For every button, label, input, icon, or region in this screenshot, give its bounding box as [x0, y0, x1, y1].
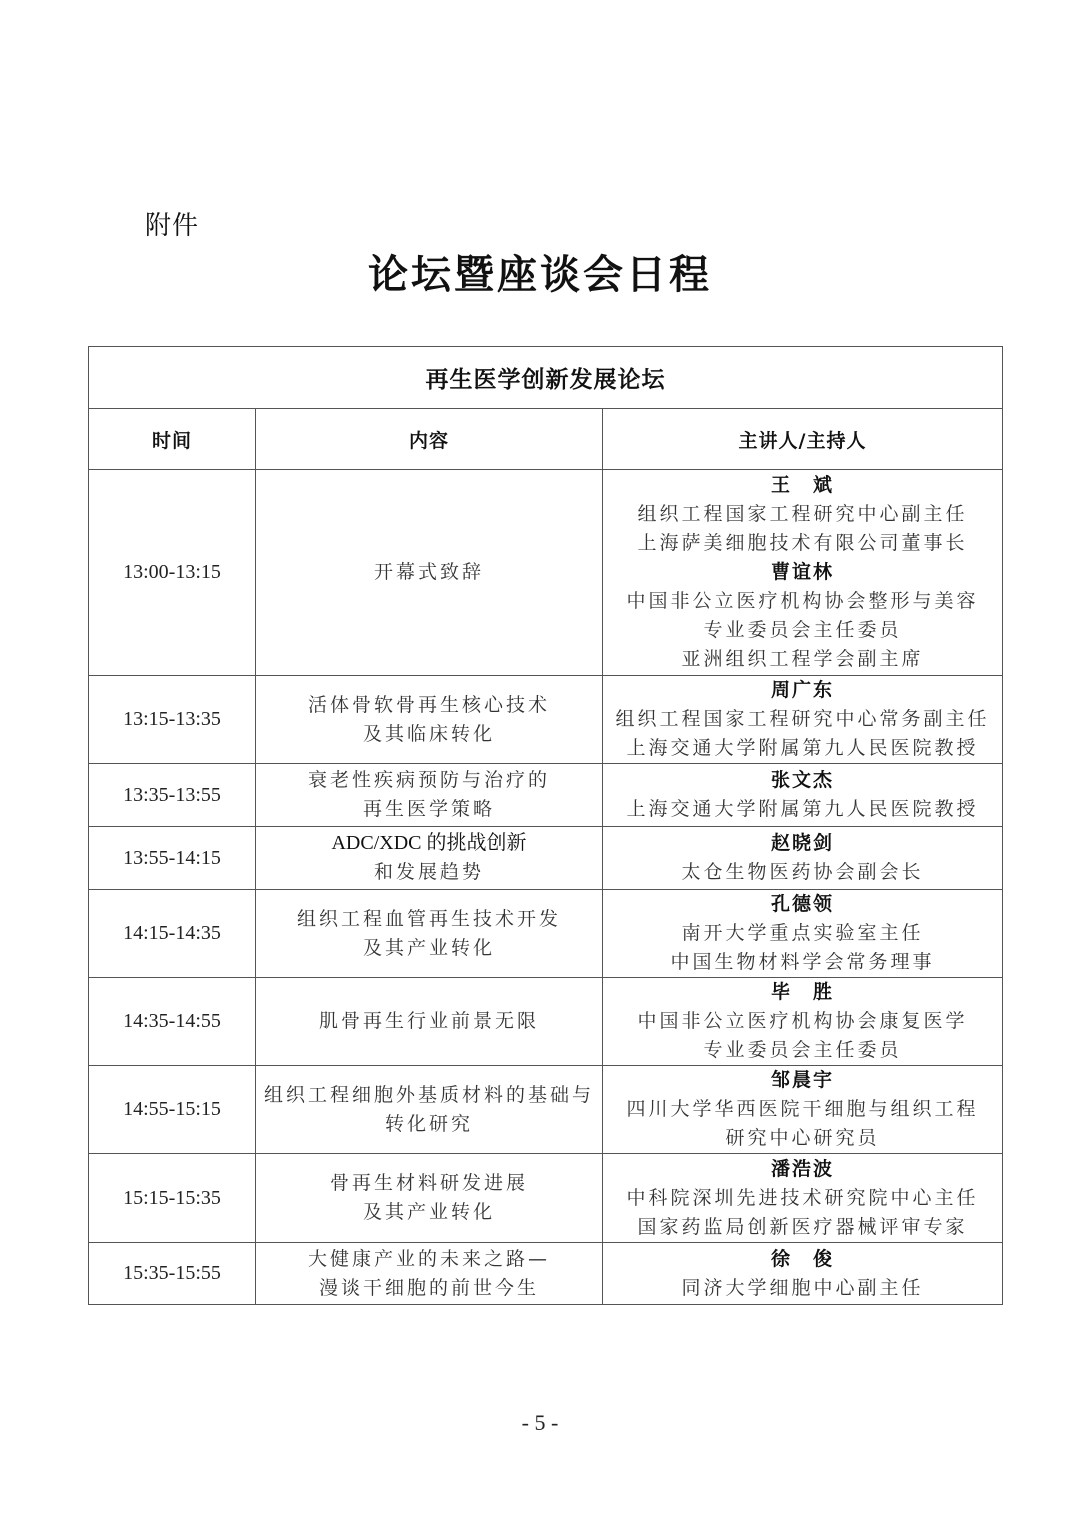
header-speaker: 主讲人/主持人 — [603, 409, 1003, 470]
speaker-cell: 毕 胜 中国非公立医疗机构协会康复医学 专业委员会主任委员 — [603, 978, 1003, 1066]
speaker-title: 研究中心研究员 — [603, 1124, 1002, 1153]
time-cell: 15:15-15:35 — [89, 1154, 256, 1243]
speaker-cell: 赵晓剑 太仓生物医药协会副会长 — [603, 827, 1003, 890]
time-cell: 13:35-13:55 — [89, 764, 256, 827]
table-row: 13:00-13:15 开幕式致辞 王 斌 组织工程国家工程研究中心副主任 上海… — [89, 470, 1003, 676]
speaker-title: 同济大学细胞中心副主任 — [603, 1274, 1002, 1303]
content-line: 活体骨软骨再生核心技术 — [256, 691, 602, 720]
content-line: 和发展趋势 — [256, 858, 602, 887]
content-cell: 活体骨软骨再生核心技术 及其临床转化 — [256, 676, 603, 764]
content-cell: 组织工程细胞外基质材料的基础与 转化研究 — [256, 1066, 603, 1154]
speaker-name: 孔德领 — [603, 890, 1002, 919]
page-title: 论坛暨座谈会日程 — [0, 243, 1080, 300]
content-cell: 开幕式致辞 — [256, 470, 603, 676]
content-cell: ADC/XDC 的挑战创新 和发展趋势 — [256, 827, 603, 890]
time-cell: 14:15-14:35 — [89, 890, 256, 978]
content-line: 组织工程细胞外基质材料的基础与 — [256, 1081, 602, 1110]
table-row: 13:55-14:15 ADC/XDC 的挑战创新 和发展趋势 赵晓剑 太仓生物… — [89, 827, 1003, 890]
content-line: ADC/XDC 的挑战创新 — [256, 829, 602, 858]
speaker-name: 邹晨宇 — [603, 1066, 1002, 1095]
speaker-title: 上海交通大学附属第九人民医院教授 — [603, 734, 1002, 763]
content-line: 漫谈干细胞的前世今生 — [256, 1274, 602, 1303]
content-line: 大健康产业的未来之路— — [256, 1245, 602, 1274]
forum-title-row: 再生医学创新发展论坛 — [89, 347, 1003, 409]
speaker-title: 上海交通大学附属第九人民医院教授 — [603, 795, 1002, 824]
content-cell: 衰老性疾病预防与治疗的 再生医学策略 — [256, 764, 603, 827]
header-content: 内容 — [256, 409, 603, 470]
speaker-title: 四川大学华西医院干细胞与组织工程 — [603, 1095, 1002, 1124]
header-row: 时间 内容 主讲人/主持人 — [89, 409, 1003, 470]
speaker-name: 周广东 — [603, 676, 1002, 705]
table-row: 14:15-14:35 组织工程血管再生技术开发 及其产业转化 孔德领 南开大学… — [89, 890, 1003, 978]
content-line: 骨再生材料研发进展 — [256, 1169, 602, 1198]
forum-title: 再生医学创新发展论坛 — [89, 347, 1003, 409]
speaker-name: 潘浩波 — [603, 1155, 1002, 1184]
time-cell: 13:15-13:35 — [89, 676, 256, 764]
content-cell: 大健康产业的未来之路— 漫谈干细胞的前世今生 — [256, 1243, 603, 1305]
content-line: 及其产业转化 — [256, 1198, 602, 1227]
speaker-title: 上海萨美细胞技术有限公司董事长 — [603, 529, 1002, 558]
time-cell: 13:00-13:15 — [89, 470, 256, 676]
content-line: 开幕式致辞 — [256, 558, 602, 587]
speaker-title: 组织工程国家工程研究中心副主任 — [603, 500, 1002, 529]
speaker-title: 中国非公立医疗机构协会康复医学 — [603, 1007, 1002, 1036]
content-cell: 肌骨再生行业前景无限 — [256, 978, 603, 1066]
speaker-cell: 潘浩波 中科院深圳先进技术研究院中心主任 国家药监局创新医疗器械评审专家 — [603, 1154, 1003, 1243]
speaker-cell: 张文杰 上海交通大学附属第九人民医院教授 — [603, 764, 1003, 827]
speaker-cell: 徐 俊 同济大学细胞中心副主任 — [603, 1243, 1003, 1305]
content-line: 及其临床转化 — [256, 720, 602, 749]
speaker-cell: 孔德领 南开大学重点实验室主任 中国生物材料学会常务理事 — [603, 890, 1003, 978]
time-cell: 14:55-15:15 — [89, 1066, 256, 1154]
content-cell: 组织工程血管再生技术开发 及其产业转化 — [256, 890, 603, 978]
speaker-title: 南开大学重点实验室主任 — [603, 919, 1002, 948]
speaker-title: 专业委员会主任委员 — [603, 616, 1002, 645]
table-row: 13:15-13:35 活体骨软骨再生核心技术 及其临床转化 周广东 组织工程国… — [89, 676, 1003, 764]
speaker-title: 太仓生物医药协会副会长 — [603, 858, 1002, 887]
speaker-cell: 邹晨宇 四川大学华西医院干细胞与组织工程 研究中心研究员 — [603, 1066, 1003, 1154]
speaker-title: 中国生物材料学会常务理事 — [603, 948, 1002, 977]
speaker-cell: 周广东 组织工程国家工程研究中心常务副主任 上海交通大学附属第九人民医院教授 — [603, 676, 1003, 764]
schedule-table: 再生医学创新发展论坛 时间 内容 主讲人/主持人 13:00-13:15 开幕式… — [88, 346, 1003, 1305]
speaker-name: 徐 俊 — [603, 1245, 1002, 1274]
time-cell: 13:55-14:15 — [89, 827, 256, 890]
speaker-name: 王 斌 — [603, 471, 1002, 500]
speaker-title: 国家药监局创新医疗器械评审专家 — [603, 1213, 1002, 1242]
content-line: 衰老性疾病预防与治疗的 — [256, 766, 602, 795]
speaker-name: 赵晓剑 — [603, 829, 1002, 858]
speaker-title: 专业委员会主任委员 — [603, 1036, 1002, 1065]
table-row: 15:15-15:35 骨再生材料研发进展 及其产业转化 潘浩波 中科院深圳先进… — [89, 1154, 1003, 1243]
content-cell: 骨再生材料研发进展 及其产业转化 — [256, 1154, 603, 1243]
speaker-title: 亚洲组织工程学会副主席 — [603, 645, 1002, 674]
attachment-label: 附件 — [145, 205, 199, 242]
content-line: 及其产业转化 — [256, 934, 602, 963]
table-row: 13:35-13:55 衰老性疾病预防与治疗的 再生医学策略 张文杰 上海交通大… — [89, 764, 1003, 827]
content-line: 再生医学策略 — [256, 795, 602, 824]
speaker-cell: 王 斌 组织工程国家工程研究中心副主任 上海萨美细胞技术有限公司董事长 曹谊林 … — [603, 470, 1003, 676]
table-row: 15:35-15:55 大健康产业的未来之路— 漫谈干细胞的前世今生 徐 俊 同… — [89, 1243, 1003, 1305]
content-line: 肌骨再生行业前景无限 — [256, 1007, 602, 1036]
page-number: - 5 - — [0, 1410, 1080, 1436]
table-row: 14:55-15:15 组织工程细胞外基质材料的基础与 转化研究 邹晨宇 四川大… — [89, 1066, 1003, 1154]
time-cell: 15:35-15:55 — [89, 1243, 256, 1305]
table-row: 14:35-14:55 肌骨再生行业前景无限 毕 胜 中国非公立医疗机构协会康复… — [89, 978, 1003, 1066]
speaker-name: 张文杰 — [603, 766, 1002, 795]
content-line: 转化研究 — [256, 1110, 602, 1139]
header-time: 时间 — [89, 409, 256, 470]
time-cell: 14:35-14:55 — [89, 978, 256, 1066]
speaker-title: 组织工程国家工程研究中心常务副主任 — [603, 705, 1002, 734]
speaker-title: 中科院深圳先进技术研究院中心主任 — [603, 1184, 1002, 1213]
speaker-name: 毕 胜 — [603, 978, 1002, 1007]
speaker-name: 曹谊林 — [603, 558, 1002, 587]
speaker-title: 中国非公立医疗机构协会整形与美容 — [603, 587, 1002, 616]
content-line: 组织工程血管再生技术开发 — [256, 905, 602, 934]
